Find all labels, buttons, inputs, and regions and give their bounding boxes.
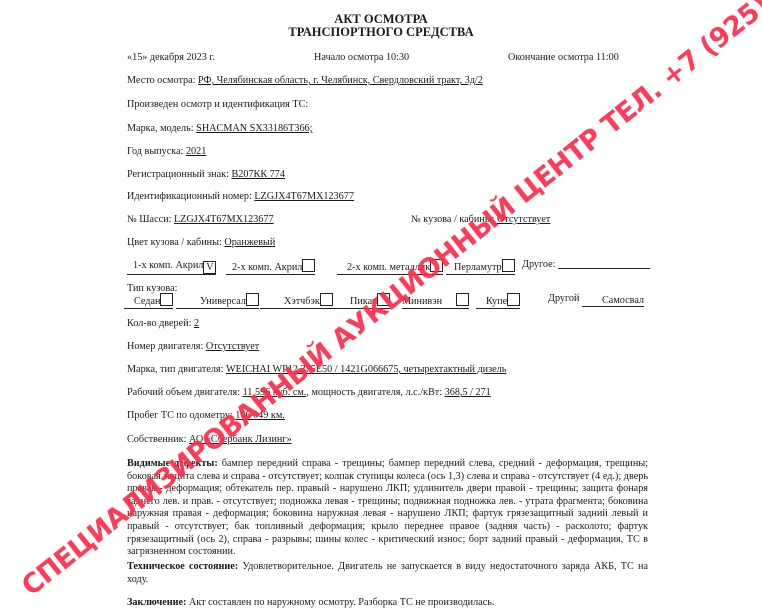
reg-plate-label: Регистрационный знак: (127, 169, 231, 180)
paint-other: Другое: (522, 259, 650, 270)
paint-checkbox-metallic-2k[interactable] (430, 259, 443, 272)
document-title-line1: АКТ ОСМОТРА (0, 12, 762, 26)
mileage-label: Пробег ТС по одометру: (127, 410, 235, 421)
paint-option-metallic-2k: 2-х комп. металлик (337, 259, 443, 275)
body-type-wagon: Универсал (176, 293, 259, 309)
body-number-value: Отсутствует (497, 214, 550, 225)
paint-checkbox-pearl[interactable] (502, 259, 515, 272)
body-number-row: № кузова / кабины: Отсутствует (411, 214, 550, 225)
chassis-value: LZGJX4T67MX123677 (174, 214, 274, 225)
vin-value: LZGJX4T67MX123677 (254, 191, 354, 202)
make-model-row: Марка, модель: SHACMAN SX33186T366; (127, 123, 312, 134)
engine-type-row: Марка, тип двигателя: WEICHAI WP12.375E5… (127, 364, 506, 375)
year-row: Год выпуска: 2021 (127, 146, 206, 157)
paint-option-pearl: Перламутр (446, 259, 515, 275)
color-label: Цвет кузова / кабины: (127, 237, 224, 248)
technical-condition-label: Техническое состояние: (127, 561, 238, 572)
doors-label: Кол-во дверей: (127, 318, 194, 329)
inspection-end: Окончание осмотра 11:00 (508, 52, 619, 63)
body-type-sedan: Седан (124, 293, 173, 309)
visible-defects: Видимые дефекты: бампер передний справа … (127, 458, 648, 559)
chassis-label: № Шасси: (127, 214, 174, 225)
make-model-label: Марка, модель: (127, 123, 196, 134)
power-value: 368,5 / 271 (445, 387, 491, 398)
engine-specs-row: Рабочий объем двигателя: 11 596 куб. см.… (127, 387, 491, 398)
mileage-row: Пробег ТС по одометру: 166 049 км. (127, 410, 285, 421)
inspection-act-page: АКТ ОСМОТРА ТРАНСПОРТНОГО СРЕДСТВА «15» … (0, 0, 762, 613)
color-row: Цвет кузова / кабины: Оранжевый (127, 237, 275, 248)
reg-plate-value: В207КК 774 (231, 169, 285, 180)
engine-number-row: Номер двигателя: Отсутствует (127, 341, 259, 352)
visible-defects-text: бампер передний справа - трещины; бампер… (127, 458, 648, 557)
visible-defects-label: Видимые дефекты: (127, 458, 218, 469)
body-type-checkbox-wagon[interactable] (246, 293, 259, 306)
body-type-other: Другой Самосвал (548, 293, 644, 307)
place-value: РФ, Челябинская область, г. Челябинск, С… (198, 75, 483, 86)
place-row: Место осмотра: РФ, Челябинская область, … (127, 75, 483, 86)
mileage-value: 166 049 км. (235, 410, 285, 421)
engine-number-value: Отсутствует (206, 341, 259, 352)
doors-value: 2 (194, 318, 199, 329)
displacement-value: 11 596 куб. см. (243, 387, 307, 398)
engine-number-label: Номер двигателя: (127, 341, 206, 352)
inspection-date: «15» декабря 2023 г. (127, 52, 215, 63)
body-type-hatchback: Хэтчбэк (260, 293, 333, 309)
engine-type-label: Марка, тип двигателя: (127, 364, 226, 375)
paint-checkbox-acrylic-1k[interactable]: V (203, 261, 216, 274)
year-label: Год выпуска: (127, 146, 186, 157)
make-model-value: SHACMAN SX33186T366; (196, 123, 312, 134)
reg-plate-row: Регистрационный знак: В207КК 774 (127, 169, 285, 180)
paint-checkbox-acrylic-2k[interactable] (302, 259, 315, 272)
vin-label: Идентификационный номер: (127, 191, 254, 202)
doors-row: Кол-во дверей: 2 (127, 318, 199, 329)
paint-other-label: Другое: (522, 259, 556, 270)
identification-heading: Произведен осмотр и идентификация ТС: (127, 99, 308, 110)
color-value: Оранжевый (224, 237, 275, 248)
paint-option-acrylic-2k: 2-х комп. Акрил (226, 259, 315, 275)
owner-value: АО «Сбербанк Лизинг» (189, 434, 292, 445)
owner-label: Собственник: (127, 434, 189, 445)
paint-option-acrylic-1k: 1-х комп. АкрилV (127, 259, 216, 275)
owner-row: Собственник: АО «Сбербанк Лизинг» (127, 434, 292, 445)
body-type-checkbox-coupe[interactable] (507, 293, 520, 306)
vin-row: Идентификационный номер: LZGJX4T67MX1236… (127, 191, 354, 202)
engine-type-value: WEICHAI WP12.375E50 / 1421G066675, четыр… (226, 364, 506, 375)
body-number-label: № кузова / кабины: (411, 214, 497, 225)
paint-other-field[interactable] (558, 268, 650, 269)
chassis-row: № Шасси: LZGJX4T67MX123677 (127, 214, 274, 225)
body-type-minivan: Минивэн (402, 293, 469, 309)
body-type-pickup: Пикап (330, 293, 390, 309)
conclusion-text: Акт составлен по наружному осмотру. Разб… (186, 597, 494, 608)
body-type-other-label: Другой (548, 293, 579, 304)
body-type-checkbox-pickup[interactable] (377, 293, 390, 306)
body-type-coupe: Купе (476, 293, 520, 309)
inspection-start: Начало осмотра 10:30 (314, 52, 409, 63)
body-type-checkbox-sedan[interactable] (160, 293, 173, 306)
year-value: 2021 (186, 146, 206, 157)
body-type-other-field[interactable]: Самосвал (582, 295, 644, 307)
conclusion: Заключение: Акт составлен по наружному о… (127, 597, 648, 610)
place-label: Место осмотра: (127, 75, 198, 86)
displacement-label: Рабочий объем двигателя: (127, 387, 243, 398)
document-title-line2: ТРАНСПОРТНОГО СРЕДСТВА (0, 25, 762, 39)
conclusion-label: Заключение: (127, 597, 186, 608)
technical-condition: Техническое состояние: Удовлетворительно… (127, 561, 648, 586)
body-type-checkbox-minivan[interactable] (456, 293, 469, 306)
power-label: , мощность двигателя, л.с./кВт: (306, 387, 444, 398)
